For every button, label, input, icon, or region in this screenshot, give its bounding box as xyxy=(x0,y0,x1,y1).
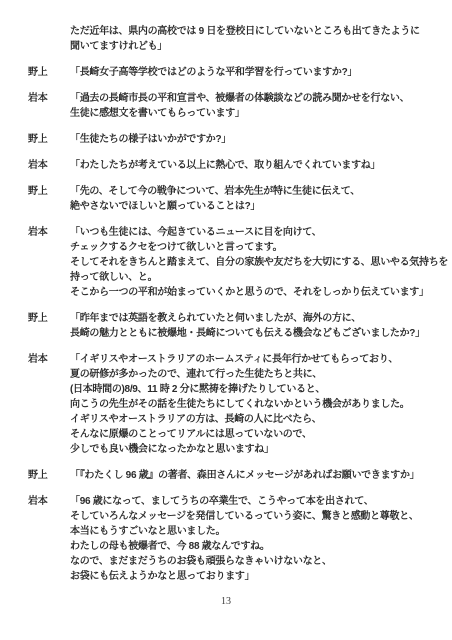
dialogue-line: 持って欲しい、と。 xyxy=(70,270,444,285)
dialogue-lines: 「いつも生徒には、今起きているニュースに目を向けて、チェックするクセをつけて欲し… xyxy=(70,225,444,300)
dialogue-block: 岩本 「いつも生徒には、今起きているニュースに目を向けて、チェックするクセをつけ… xyxy=(28,225,444,300)
dialogue-line: 生徒に感想文を書いてもらっています」 xyxy=(70,106,444,121)
dialogue-block: 野上 「昨年までは英語を教えられていたと伺いましたが、海外の方に、長崎の魅力とと… xyxy=(28,311,444,341)
speaker-label: 野上 xyxy=(28,65,70,80)
dialogue-line: そんなに原爆のことってリアルには思っていないので、 xyxy=(70,427,444,442)
dialogue-line: 「生徒たちの様子はいかがですか?」 xyxy=(70,132,444,147)
dialogue-line: 本当にもうすごいなと思いました。 xyxy=(70,524,444,539)
dialogue-line: 向こうの先生がその話を生徒たちにしてくれないかという機会がありました。 xyxy=(70,397,444,412)
dialogue-lines: 「昨年までは英語を教えられていたと伺いましたが、海外の方に、長崎の魅力とともに被… xyxy=(70,311,444,341)
dialogue-line: イギリスやオーストラリアの方は、長崎の人に比べたら、 xyxy=(70,412,444,427)
page-number: 13 xyxy=(0,595,452,608)
dialogue-lines: ただ近年は、県内の高校では 9 日を登校日にしていないところも出てきたように聞い… xyxy=(70,24,444,54)
speaker-label: 野上 xyxy=(28,132,70,147)
dialogue-line: そしていろんなメッセージを発信しているっていう姿に、驚きと感動と尊敬と、 xyxy=(70,509,444,524)
dialogue-line: 「昨年までは英語を教えられていたと伺いましたが、海外の方に、 xyxy=(70,311,444,326)
dialogue-line: 少しでも良い機会になったかなと思いますね」 xyxy=(70,442,444,457)
dialogue-line: 絶やさないでほしいと願っていることは?」 xyxy=(70,199,444,214)
dialogue-line: 「わたしたちが考えている以上に熱心で、取り組んでくれていますね」 xyxy=(70,158,444,173)
dialogue-lines: 「わたしたちが考えている以上に熱心で、取り組んでくれていますね」 xyxy=(70,158,444,173)
dialogue-block: 岩本 「過去の長崎市長の平和宣言や、被爆者の体験談などの読み聞かせを行ない、生徒… xyxy=(28,91,444,121)
speaker-label: 岩本 xyxy=(28,352,70,367)
dialogue-block: 岩本 「わたしたちが考えている以上に熱心で、取り組んでくれていますね」 xyxy=(28,158,444,173)
dialogue-lines: 「イギリスやオーストラリアのホームスティに長年行かせてもらっており、夏の研修が多… xyxy=(70,352,444,457)
speaker-label: 岩本 xyxy=(28,225,70,240)
dialogue-line: チェックするクセをつけて欲しいと言ってます。 xyxy=(70,240,444,255)
document-page: ただ近年は、県内の高校では 9 日を登校日にしていないところも出てきたように聞い… xyxy=(0,0,452,640)
speaker-label: 岩本 xyxy=(28,494,70,509)
dialogue-line: 「過去の長崎市長の平和宣言や、被爆者の体験談などの読み聞かせを行ない、 xyxy=(70,91,444,106)
dialogue-lines: 「生徒たちの様子はいかがですか?」 xyxy=(70,132,444,147)
dialogue-block: 野上 「生徒たちの様子はいかがですか?」 xyxy=(28,132,444,147)
dialogue-line: 「先の、そして今の戦争について、岩本先生が特に生徒に伝えて、 xyxy=(70,184,444,199)
dialogue: ただ近年は、県内の高校では 9 日を登校日にしていないところも出てきたように聞い… xyxy=(0,0,452,584)
dialogue-line: 夏の研修が多かったので、連れて行った生徒たちと共に、 xyxy=(70,367,444,382)
dialogue-line: 長崎の魅力とともに被爆地・長崎についても伝える機会などもございましたか?」 xyxy=(70,326,444,341)
dialogue-line: 「『わたくし 96 歳』の著者、森田さんにメッセージがあればお願いできますか」 xyxy=(70,468,444,483)
dialogue-block: ただ近年は、県内の高校では 9 日を登校日にしていないところも出てきたように聞い… xyxy=(28,24,444,54)
speaker-label: 野上 xyxy=(28,184,70,199)
dialogue-line: わたしの母も被爆者で、今 88 歳なんですね。 xyxy=(70,539,444,554)
dialogue-line: お袋にも伝えようかなと思っております」 xyxy=(70,569,444,584)
speaker-label: 野上 xyxy=(28,468,70,483)
dialogue-line: なので、まだまだうちのお袋も頑張らなきゃいけないなと、 xyxy=(70,554,444,569)
dialogue-block: 岩本 「96 歳になって、ましてうちの卒業生で、こうやって本を出されて、そしてい… xyxy=(28,494,444,584)
speaker-label: 野上 xyxy=(28,311,70,326)
dialogue-line: そしてそれをきちんと踏まえて、自分の家族や友だちを大切にする、思いやる気持ちを xyxy=(70,255,444,270)
dialogue-lines: 「96 歳になって、ましてうちの卒業生で、こうやって本を出されて、そしていろんな… xyxy=(70,494,444,584)
dialogue-block: 野上 「長崎女子高等学校ではどのような平和学習を行っていますか?」 xyxy=(28,65,444,80)
dialogue-lines: 「長崎女子高等学校ではどのような平和学習を行っていますか?」 xyxy=(70,65,444,80)
dialogue-lines: 「『わたくし 96 歳』の著者、森田さんにメッセージがあればお願いできますか」 xyxy=(70,468,444,483)
dialogue-block: 野上 「先の、そして今の戦争について、岩本先生が特に生徒に伝えて、絶やさないでほ… xyxy=(28,184,444,214)
speaker-label: 岩本 xyxy=(28,91,70,106)
dialogue-lines: 「過去の長崎市長の平和宣言や、被爆者の体験談などの読み聞かせを行ない、生徒に感想… xyxy=(70,91,444,121)
dialogue-line: 聞いてますけれども」 xyxy=(70,39,444,54)
dialogue-block: 岩本 「イギリスやオーストラリアのホームスティに長年行かせてもらっており、夏の研… xyxy=(28,352,444,457)
dialogue-line: (日本時間の)8/9、11 時 2 分に黙祷を捧げたりしていると、 xyxy=(70,382,444,397)
dialogue-line: 「イギリスやオーストラリアのホームスティに長年行かせてもらっており、 xyxy=(70,352,444,367)
dialogue-line: ただ近年は、県内の高校では 9 日を登校日にしていないところも出てきたように xyxy=(70,24,444,39)
dialogue-line: 「長崎女子高等学校ではどのような平和学習を行っていますか?」 xyxy=(70,65,444,80)
dialogue-block: 野上 「『わたくし 96 歳』の著者、森田さんにメッセージがあればお願いできます… xyxy=(28,468,444,483)
dialogue-line: そこから一つの平和が始まっていくかと思うので、それをしっかり伝えています」 xyxy=(70,285,444,300)
speaker-label: 岩本 xyxy=(28,158,70,173)
dialogue-lines: 「先の、そして今の戦争について、岩本先生が特に生徒に伝えて、絶やさないでほしいと… xyxy=(70,184,444,214)
dialogue-line: 「96 歳になって、ましてうちの卒業生で、こうやって本を出されて、 xyxy=(70,494,444,509)
dialogue-line: 「いつも生徒には、今起きているニュースに目を向けて、 xyxy=(70,225,444,240)
